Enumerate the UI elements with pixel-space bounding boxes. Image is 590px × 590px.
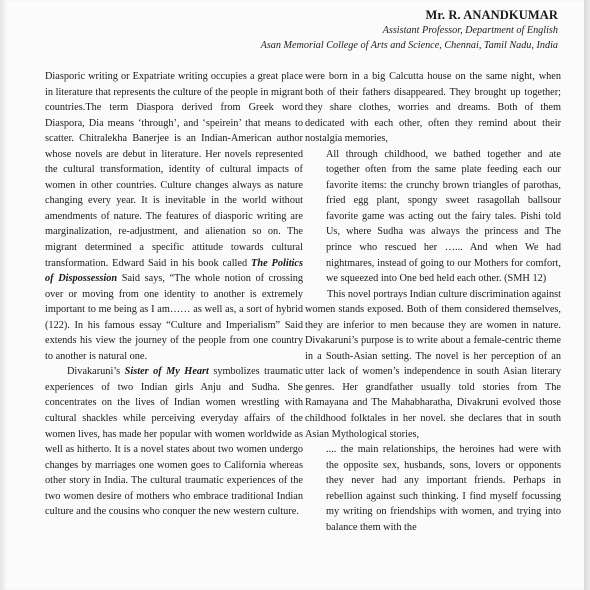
author-name: Mr. R. ANANDKUMAR [261,7,558,23]
right-column: were born in a big Calcutta house on the… [305,69,561,535]
paragraph-text: Divakaruni’s [67,366,125,377]
paragraph-text: Diasporic writing or Expatriate writing … [45,71,303,269]
novel-title: Sister of My Heart [125,366,209,377]
author-header: Mr. R. ANANDKUMAR Assistant Professor, D… [261,7,558,53]
paragraph-text: symbolizes traumatic experiences of two … [45,366,303,517]
paragraph-discrimination: This novel portrays Indian culture discr… [305,287,561,442]
author-role: Assistant Professor, Department of Engli… [261,23,558,38]
block-quote-relationships: .... the main relationships, the heroine… [326,442,561,535]
page-edge [584,0,590,590]
block-quote-childhood: All through childhood, we bathed togethe… [326,147,561,287]
author-institution: Asan Memorial College of Arts and Scienc… [261,38,558,53]
document-page: Mr. R. ANANDKUMAR Assistant Professor, D… [3,0,584,590]
paragraph-text: Said says, “The whole notion of crossing… [45,273,303,362]
left-column: Diasporic writing or Expatriate writing … [45,69,303,520]
paragraph-sister-of-my-heart: Divakaruni’s Sister of My Heart symboliz… [45,364,303,519]
paragraph-continuation: were born in a big Calcutta house on the… [305,69,561,147]
paragraph-diaspora: Diasporic writing or Expatriate writing … [45,69,303,364]
